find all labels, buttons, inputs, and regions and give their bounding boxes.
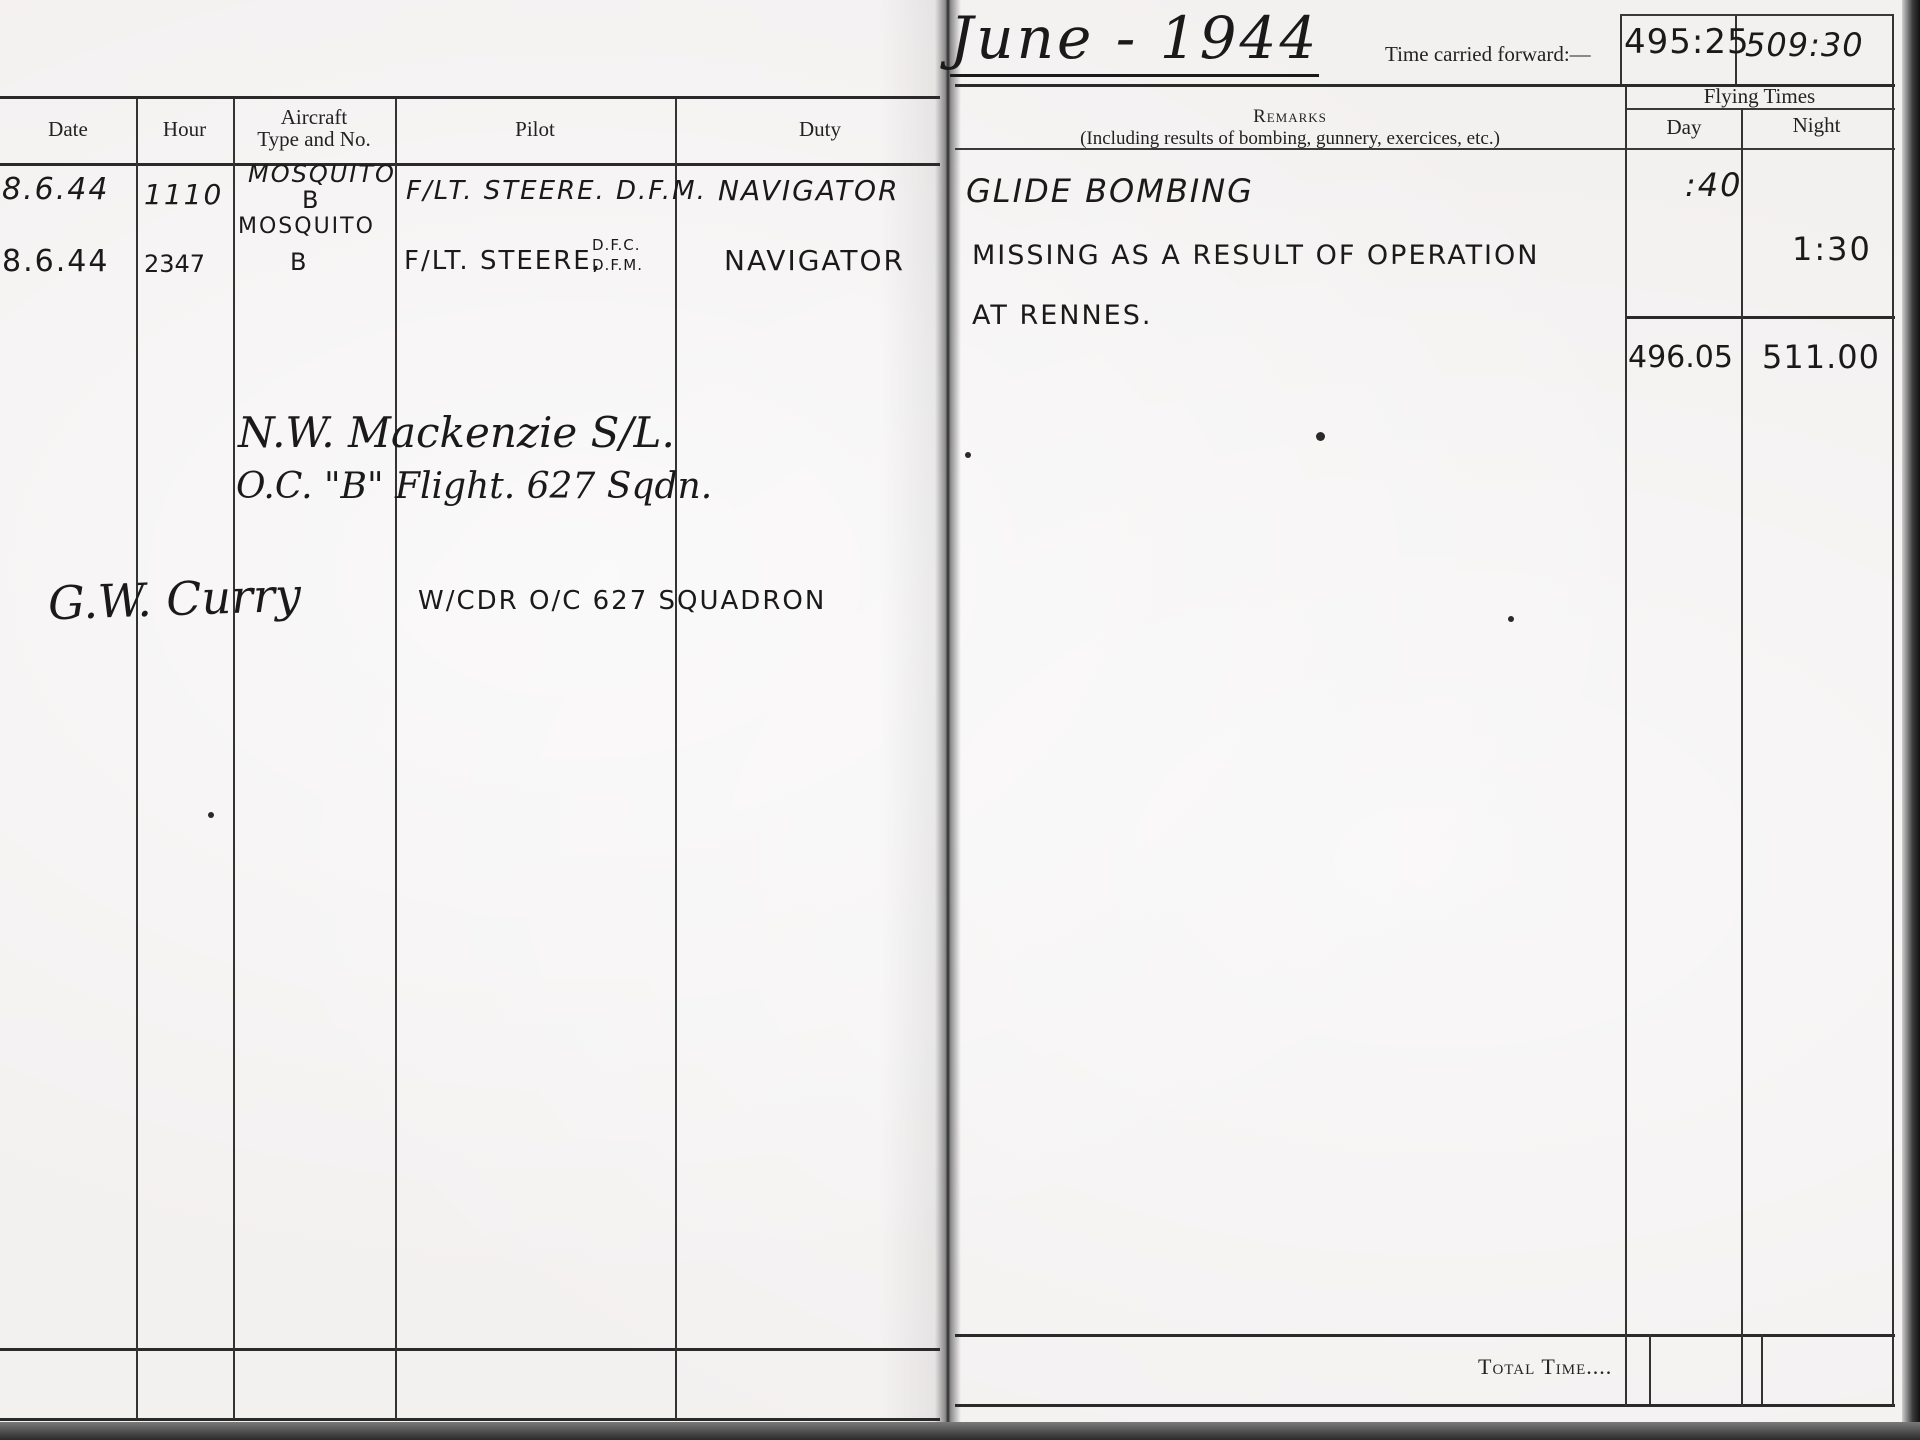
entry-2-remarks-line2: at Rennes. [972,300,1152,331]
entry-2-pilot-decoration-dfc: D.F.C. [592,236,641,254]
certification-1-title: O.C. "B" Flight. 627 Sqdn. [236,466,712,507]
entry-2-hour: 2347 [144,250,205,278]
entry-2-pilot: F/Lt. Steere, [404,246,602,276]
entry-1-remarks: Glide Bombing [966,172,1254,210]
footer-day-divider [1649,1334,1651,1404]
entry-2-duty: Navigator [724,244,905,277]
column-header-flying-times: Flying Times [1627,85,1892,107]
entry-1-date: 8.6.44 [2,172,109,207]
certification-2-signature: G.W. Curry [47,568,302,631]
carried-forward-box-top [1620,14,1892,16]
entry-2-night-time: 1:30 [1792,230,1872,268]
entry-1-hour: 1110 [144,178,223,211]
column-header-hour: Hour [136,118,233,140]
book-gutter [935,0,961,1440]
entry-1-aircraft-no: B [302,186,320,214]
col-divider-hour-aircraft [233,99,235,1419]
column-header-remarks: Remarks [955,106,1625,128]
col-divider-night-edge [1892,14,1894,1406]
certification-2-title: W/Cdr O/C 627 Squadron [418,586,826,616]
scan-speck [1508,616,1514,622]
entry-1-aircraft-type: Mosquito [248,160,396,188]
column-header-pilot: Pilot [395,118,675,140]
left-footer-rule [0,1348,940,1351]
col-divider-aircraft-pilot [395,99,397,1419]
column-header-remarks-subtitle: (Including results of bombing, gunnery, … [955,128,1625,150]
entry-1-day-time: :40 [1685,166,1743,204]
column-header-day: Day [1627,116,1741,138]
flying-times-subrule [1627,108,1895,110]
column-header-night: Night [1741,114,1892,136]
page-edge-right [1902,0,1920,1440]
right-bottom-rule [955,1404,1895,1407]
left-top-rule [0,96,940,99]
carried-forward-day: 495:25 [1624,22,1750,62]
column-header-duty: Duty [675,118,965,140]
month-year-heading: June - 1944 [950,4,1319,77]
col-divider-date-hour [136,99,138,1419]
column-header-date: Date [0,118,136,140]
scan-speck [208,812,214,818]
col-divider-pilot-duty [675,99,677,1419]
totals-rule [1627,316,1895,319]
scan-speck [1316,432,1325,441]
column-header-aircraft-line2: Type and No. [233,128,395,150]
entry-1-duty: Navigator [718,174,900,207]
entry-2-date: 8.6.44 [2,244,109,279]
footer-night-divider [1761,1334,1763,1404]
total-day-time: 496.05 [1628,340,1733,375]
col-divider-day-night [1741,108,1743,1406]
entry-2-remarks-line1: Missing as a result of Operation [972,240,1539,271]
carried-forward-box-left [1620,14,1622,84]
time-carried-forward-label: Time carried forward:— [1385,42,1591,67]
right-footer-rule [955,1334,1895,1337]
col-divider-remarks-day [1625,86,1627,1406]
total-night-time: 511.00 [1762,338,1880,376]
total-time-label: Total Time.... [1478,1354,1612,1380]
carried-forward-night: 509:30 [1745,26,1864,64]
left-header-rule [0,163,940,166]
column-header-aircraft-line1: Aircraft [233,106,395,128]
certification-1-signature: N.W. Mackenzie S/L. [238,408,675,457]
entry-2-aircraft-no: B [290,248,308,276]
page-edge-bottom [0,1422,1920,1440]
entry-2-aircraft-type: Mosquito [238,214,375,239]
entry-2-pilot-decoration-dfm: D.F.M. [592,256,643,274]
scan-speck [965,452,971,458]
left-bottom-rule [0,1418,940,1421]
entry-1-pilot: F/Lt. Steere. D.F.M. [406,176,707,206]
